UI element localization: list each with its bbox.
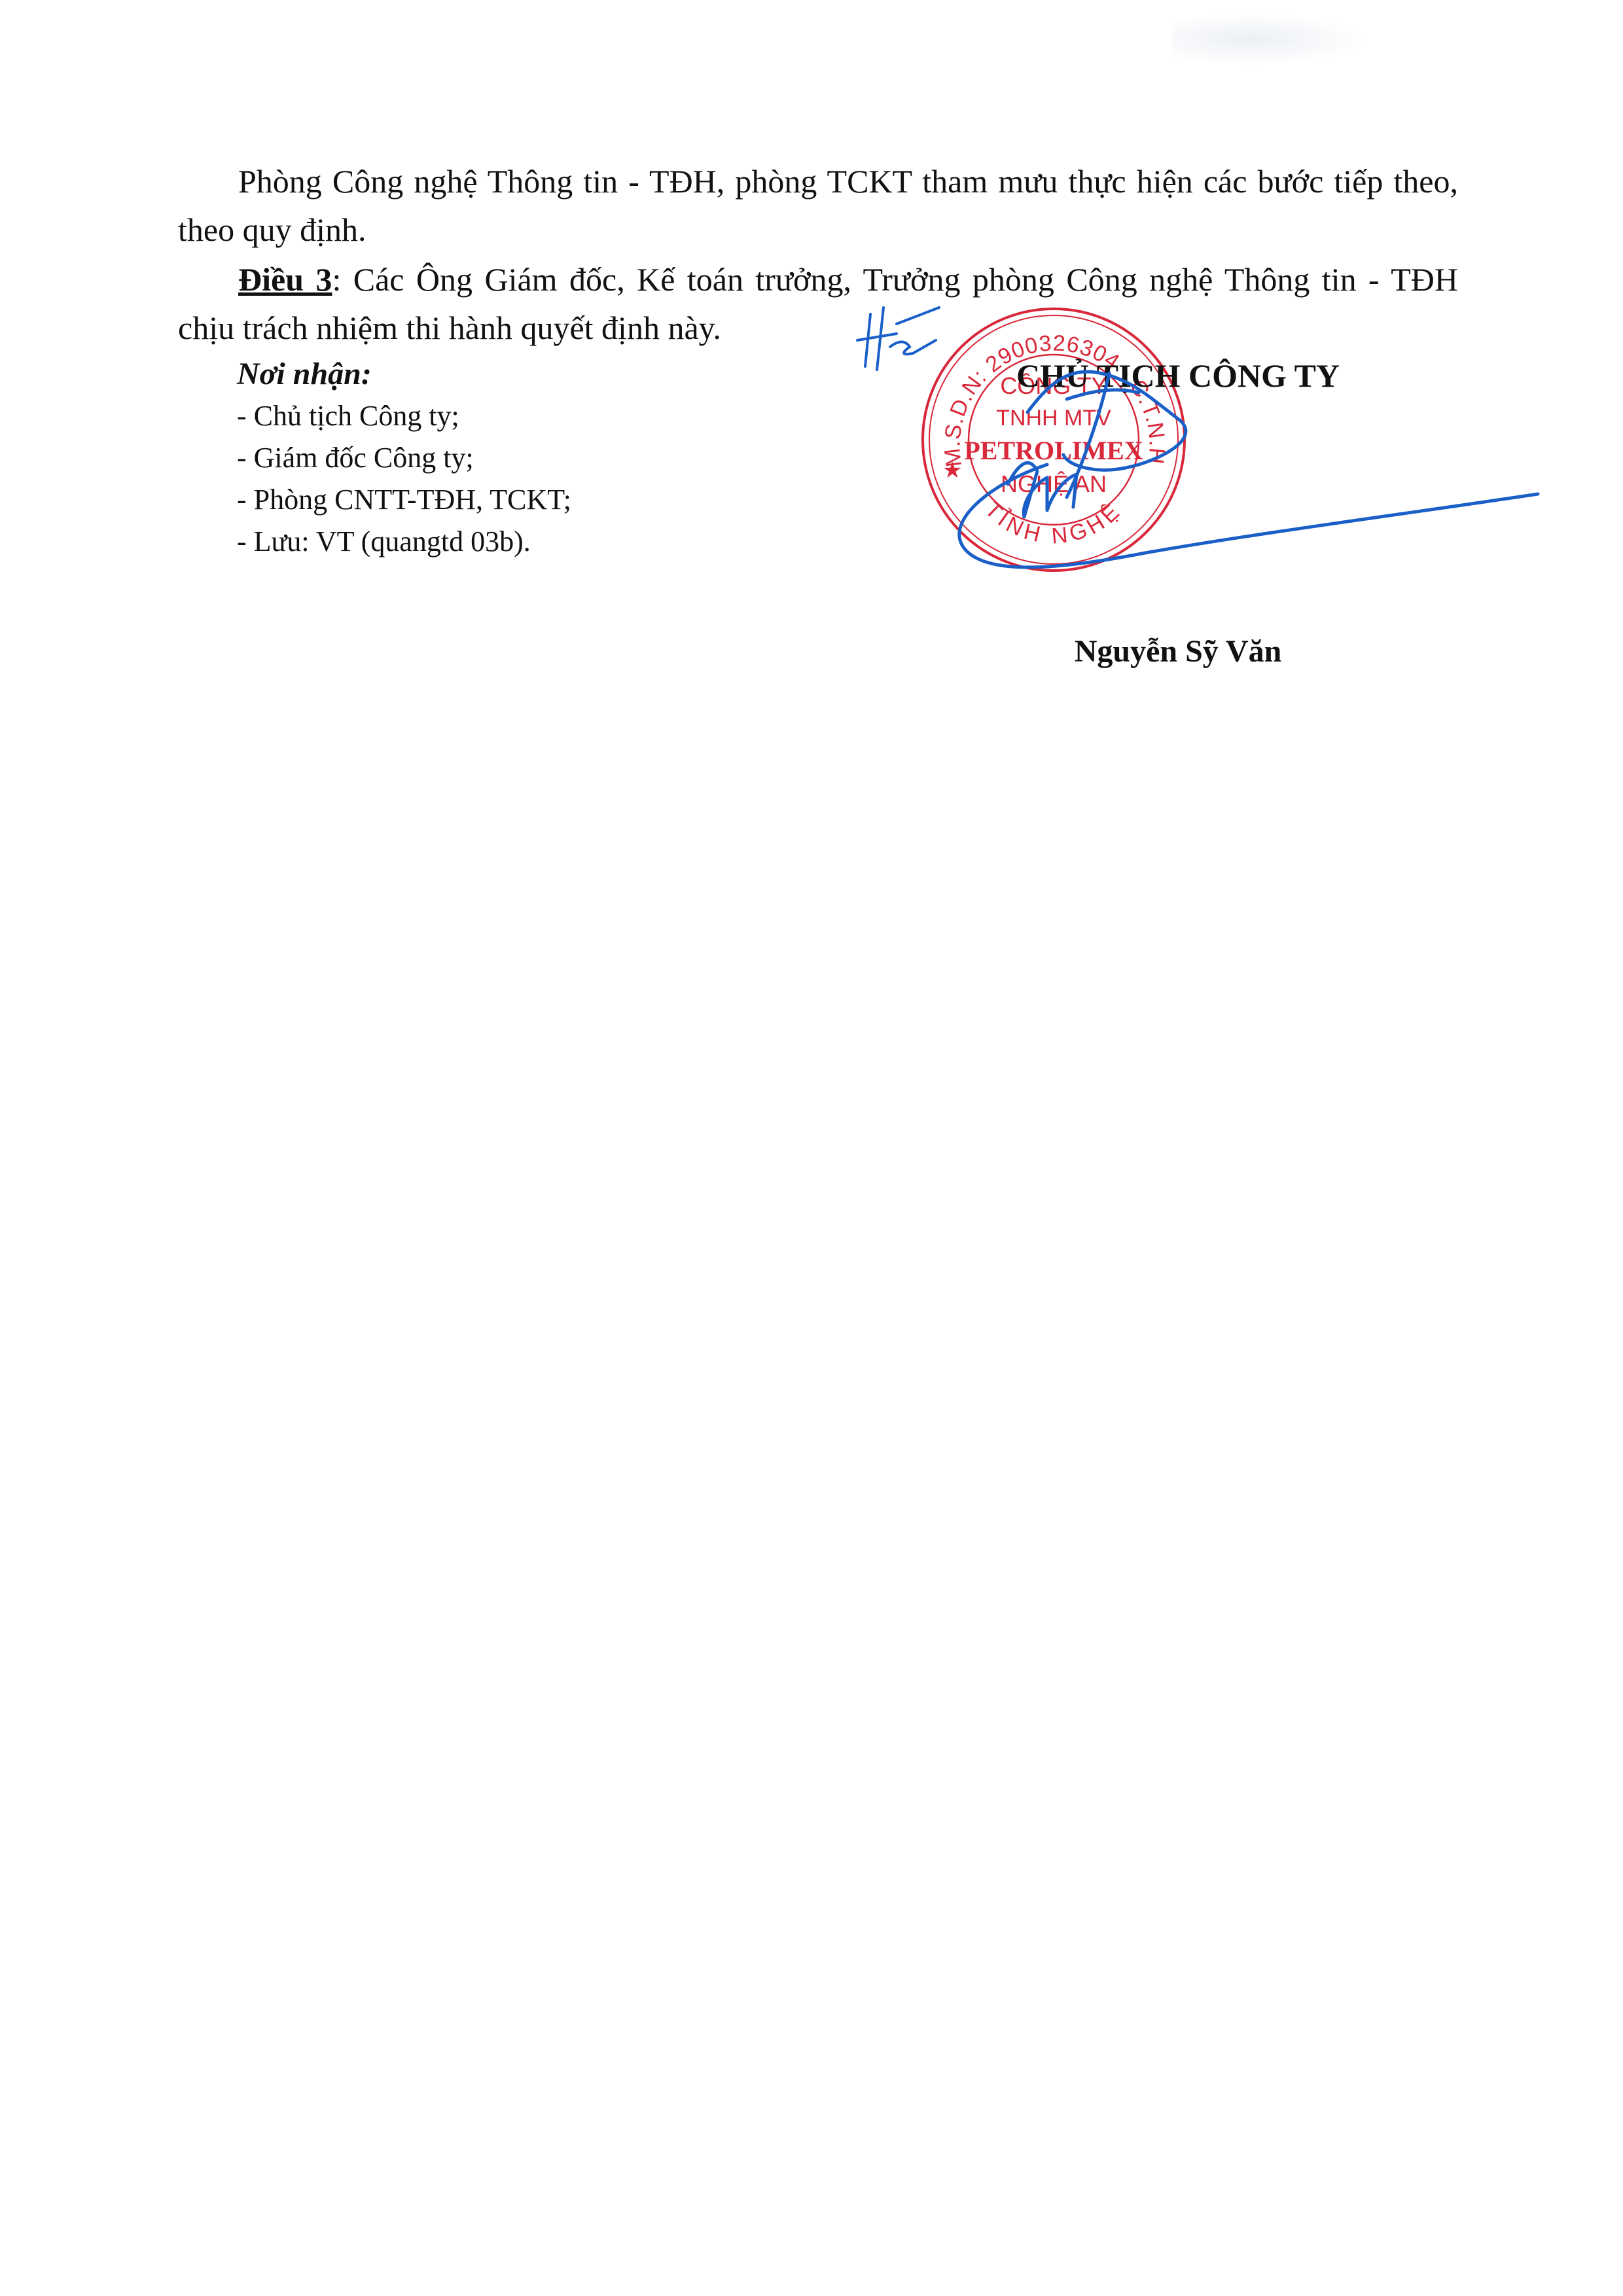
article-3-label: Điều 3: [238, 261, 332, 298]
document-page: Phòng Công nghệ Thông tin - TĐH, phòng T…: [0, 0, 1623, 2296]
initials-mark-icon: [851, 301, 942, 380]
signer-name: Nguyễn Sỹ Văn: [995, 633, 1361, 669]
company-stamp-icon: M.S.D.N: 2900326304 - C.T.N.H.H TỈNH NGH…: [916, 302, 1191, 577]
recipient-item: - Chủ tịch Công ty;: [237, 395, 571, 437]
recipient-item: - Giám đốc Công ty;: [237, 437, 571, 479]
paragraph-it-department: Phòng Công nghệ Thông tin - TĐH, phòng T…: [178, 157, 1458, 254]
recipient-item: - Phòng CNTT-TĐH, TCKT;: [237, 479, 571, 521]
article-3: Điều 3: Các Ông Giám đốc, Kế toán trưởng…: [178, 255, 1458, 352]
scan-artifact: [1171, 13, 1368, 65]
stamp-line: PETROLIMEX: [964, 436, 1143, 465]
stamp-line: NGHỆ AN: [1001, 470, 1107, 497]
recipients-heading: Nơi nhận:: [237, 353, 571, 395]
article-3-text: : Các Ông Giám đốc, Kế toán trưởng, Trưở…: [178, 261, 1458, 346]
svg-text:★: ★: [942, 458, 962, 483]
recipient-item: - Lưu: VT (quangtd 03b).: [237, 521, 571, 563]
stamp-line: TNHH MTV: [996, 406, 1111, 431]
signature-title: CHỦ TỊCH CÔNG TY: [995, 357, 1361, 395]
recipients-block: Nơi nhận: - Chủ tịch Công ty; - Giám đốc…: [237, 353, 571, 563]
